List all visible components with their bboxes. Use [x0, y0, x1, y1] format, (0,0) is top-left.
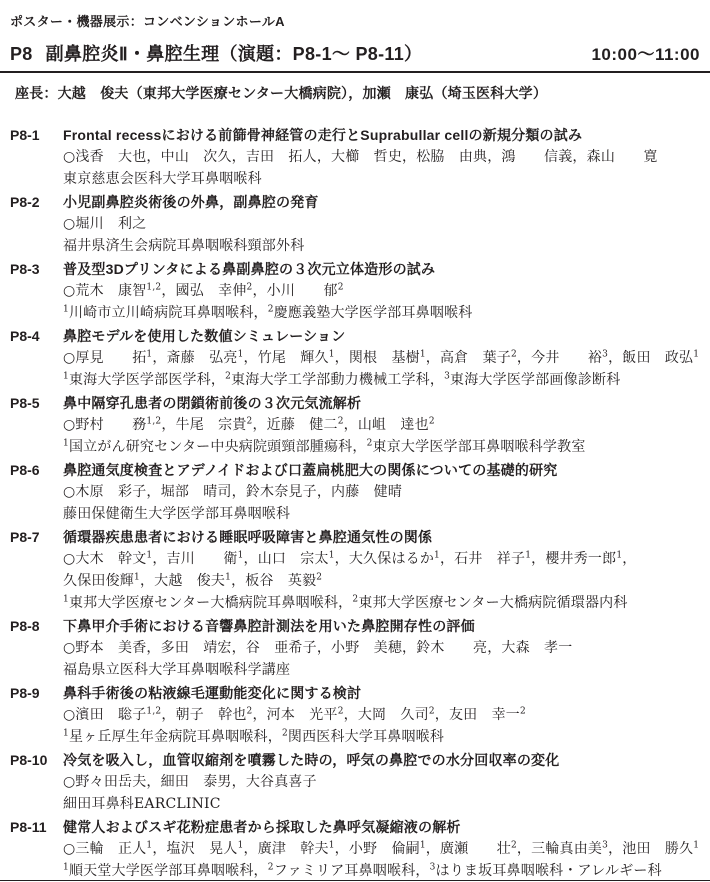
program-list: P8-1Frontal recessにおける前篩骨神経管の走行とSuprabul… [10, 124, 702, 882]
chairs-line: 座長：大越 俊夫（東邦大学医療センター大橋病院），加瀬 康弘（埼玉医科大学） [10, 83, 702, 103]
entry-code: P8-7 [10, 526, 63, 614]
entry-code: P8-9 [10, 682, 63, 748]
affiliation-superscript: 1,2 [146, 282, 161, 292]
affiliation-superscript: 1,2 [146, 416, 161, 426]
entry-authors-line: ○荒木 康智1,2，國弘 幸伸2，小川 郁2 [63, 280, 702, 302]
entry-code: P8-2 [10, 191, 63, 257]
affiliation-superscript: 3 [444, 371, 450, 381]
entry-code: P8-1 [10, 124, 63, 190]
entry-body: 下鼻甲介手術における音響鼻腔計測法を用いた鼻腔開存性の評価○野本 美香，多田 靖… [63, 615, 702, 681]
affiliation-superscript: 1 [420, 840, 426, 850]
program-entry: P8-5鼻中隔穿孔患者の閉鎖術前後の３次元気流解析○野村 務1,2，牛尾 宗貴2… [10, 392, 702, 458]
affiliation-superscript: 2 [247, 706, 253, 716]
program-entry: P8-10冷気を吸入し，血管収縮剤を噴霧した時の，呼気の鼻腔での水分回収率の変化… [10, 749, 702, 815]
affiliation-superscript: 2 [268, 304, 274, 314]
entry-code: P8-11 [10, 816, 63, 882]
affiliation-superscript: 1 [329, 550, 335, 560]
entry-affiliation: 福井県済生会病院耳鼻咽喉科頸部外科 [63, 235, 702, 257]
affiliation-superscript: 2 [247, 282, 253, 292]
entry-affiliation: 福島県立医科大学耳鼻咽喉科学講座 [63, 659, 702, 681]
affiliation-superscript: 1 [693, 349, 699, 359]
affiliation-superscript: 2 [511, 349, 517, 359]
entry-body: 小児副鼻腔炎術後の外鼻，副鼻腔の発育○堀川 利之福井県済生会病院耳鼻咽喉科頸部外… [63, 191, 702, 257]
entry-title: 健常人およびスギ花粉症患者から採取した鼻呼気凝縮液の解析 [63, 816, 702, 838]
affiliation-superscript: 1 [63, 862, 69, 872]
affiliation-superscript: 1 [146, 550, 152, 560]
affiliation-superscript: 1 [225, 572, 231, 582]
affiliation-superscript: 1 [238, 349, 244, 359]
affiliation-superscript: 1 [525, 550, 531, 560]
affiliation-superscript: 2 [268, 862, 274, 872]
entry-code: P8-8 [10, 615, 63, 681]
program-entry: P8-11健常人およびスギ花粉症患者から採取した鼻呼気凝縮液の解析○三輪 正人1… [10, 816, 702, 882]
entry-body: 鼻中隔穿孔患者の閉鎖術前後の３次元気流解析○野村 務1,2，牛尾 宗貴2，近藤 … [63, 392, 702, 458]
entry-authors-line: ○浅香 大也，中山 次久，吉田 拓人，大櫛 哲史，松脇 由典，鴻 信義，森山 寛 [63, 146, 702, 168]
entry-affiliation: 藤田保健衛生大学医学部耳鼻咽喉科 [63, 503, 702, 525]
affiliation-superscript: 2 [247, 416, 253, 426]
affiliation-superscript: 1 [63, 304, 69, 314]
affiliation-superscript: 1 [420, 349, 426, 359]
program-entry: P8-8下鼻甲介手術における音響鼻腔計測法を用いた鼻腔開存性の評価○野本 美香，… [10, 615, 702, 681]
affiliation-superscript: 2 [316, 572, 322, 582]
entry-title: 小児副鼻腔炎術後の外鼻，副鼻腔の発育 [63, 191, 702, 213]
affiliation-superscript: 1 [63, 728, 69, 738]
entry-title: 鼻腔通気度検査とアデノイドおよび口蓋扁桃肥大の関係についての基礎的研究 [63, 459, 702, 481]
affiliation-superscript: 1 [329, 840, 335, 850]
entry-title: 下鼻甲介手術における音響鼻腔計測法を用いた鼻腔開存性の評価 [63, 615, 702, 637]
affiliation-superscript: 2 [520, 706, 526, 716]
entry-title: 循環器疾患患者における睡眠呼吸障害と鼻腔通気性の関係 [63, 526, 702, 548]
entry-code: P8-6 [10, 459, 63, 525]
entry-title: 冷気を吸入し，血管収縮剤を噴霧した時の，呼気の鼻腔での水分回収率の変化 [63, 749, 702, 771]
affiliation-superscript: 1 [63, 594, 69, 604]
affiliation-superscript: 2 [338, 706, 344, 716]
session-header: P8副鼻腔炎Ⅱ・鼻腔生理（演題：P8-1～ P8-11） 10:00～11:00 [10, 40, 702, 66]
program-entry: P8-4鼻腔モデルを使用した数値シミュレーション○厚見 拓1，斎藤 弘亮1，竹尾… [10, 325, 702, 391]
entry-authors-line: ○野本 美香，多田 靖宏，谷 亜希子，小野 美穂，鈴木 亮，大森 孝一 [63, 637, 702, 659]
entry-code: P8-3 [10, 258, 63, 324]
entry-authors-line: ○厚見 拓1，斎藤 弘亮1，竹尾 輝久1，関根 基樹1，高倉 葉子2，今井 裕3… [63, 347, 702, 369]
affiliation-superscript: 3 [602, 840, 608, 850]
entry-title: 鼻腔モデルを使用した数値シミュレーション [63, 325, 702, 347]
entry-authors-line: ○木原 彩子，堀部 晴司，鈴木奈見子，内藤 健晴 [63, 481, 702, 503]
entry-title: Frontal recessにおける前篩骨神経管の走行とSuprabullar … [63, 124, 702, 146]
session-time: 10:00～11:00 [591, 40, 702, 65]
affiliation-superscript: 2 [429, 706, 435, 716]
session-title: 副鼻腔炎Ⅱ・鼻腔生理（演題：P8-1～ P8-11） [46, 44, 423, 64]
entry-authors-line: ○三輪 正人1，塩沢 晃人1，廣津 幹夫1，小野 倫嗣1，廣瀬 壮2，三輪真由美… [63, 838, 702, 860]
entry-affiliation: 1星ヶ丘厚生年金病院耳鼻咽喉科，2関西医科大学耳鼻咽喉科 [63, 726, 702, 748]
entry-body: 循環器疾患患者における睡眠呼吸障害と鼻腔通気性の関係○大木 幹文1，吉川 衛1，… [63, 526, 702, 614]
entry-affiliation: 1川崎市立川崎病院耳鼻咽喉科，2慶應義塾大学医学部耳鼻咽喉科 [63, 302, 702, 324]
entry-body: 普及型3Dプリンタによる鼻副鼻腔の３次元立体造形の試み○荒木 康智1,2，國弘 … [63, 258, 702, 324]
entry-affiliation: 1東邦大学医療センター大橋病院耳鼻咽喉科，2東邦大学医療センター大橋病院循環器内… [63, 592, 702, 614]
entry-title: 鼻中隔穿孔患者の閉鎖術前後の３次元気流解析 [63, 392, 702, 414]
affiliation-superscript: 2 [352, 594, 358, 604]
venue-label: ポスター・機器展示：コンベンションホールA [10, 11, 702, 30]
entry-body: 冷気を吸入し，血管収縮剤を噴霧した時の，呼気の鼻腔での水分回収率の変化○野々田岳… [63, 749, 702, 815]
affiliation-superscript: 1 [134, 572, 140, 582]
entry-body: 鼻科手術後の粘液線毛運動能変化に関する検討○濱田 聡子1,2，朝子 幹也2，河本… [63, 682, 702, 748]
entry-code: P8-10 [10, 749, 63, 815]
bottom-divider [0, 880, 710, 881]
entry-authors-line: ○濱田 聡子1,2，朝子 幹也2，河本 光平2，大岡 久司2，友田 幸一2 [63, 704, 702, 726]
entry-authors-line: 久保田俊輝1，大越 俊夫1，板谷 英毅2 [63, 570, 702, 592]
session-code: P8 [10, 44, 33, 64]
affiliation-superscript: 1 [329, 349, 335, 359]
entry-affiliation: 1順天堂大学医学部耳鼻咽喉科，2ファミリア耳鼻咽喉科，3はりま坂耳鼻咽喉科・アレ… [63, 860, 702, 882]
entry-body: Frontal recessにおける前篩骨神経管の走行とSuprabullar … [63, 124, 702, 190]
affiliation-superscript: 1 [434, 550, 440, 560]
program-page: ポスター・機器展示：コンベンションホールA P8副鼻腔炎Ⅱ・鼻腔生理（演題：P8… [0, 0, 710, 882]
entry-code: P8-4 [10, 325, 63, 391]
header-divider [0, 71, 710, 73]
affiliation-superscript: 1 [146, 840, 152, 850]
affiliation-superscript: 2 [367, 438, 373, 448]
affiliation-superscript: 1 [146, 349, 152, 359]
entry-affiliation: 細田耳鼻科EARCLINIC [63, 793, 702, 815]
affiliation-superscript: 1 [693, 840, 699, 850]
entry-authors-line: ○堀川 利之 [63, 213, 702, 235]
entry-authors-line: ○野村 務1,2，牛尾 宗貴2，近藤 健二2，山岨 達也2 [63, 414, 702, 436]
entry-body: 鼻腔モデルを使用した数値シミュレーション○厚見 拓1，斎藤 弘亮1，竹尾 輝久1… [63, 325, 702, 391]
affiliation-superscript: 1 [238, 840, 244, 850]
program-entry: P8-3普及型3Dプリンタによる鼻副鼻腔の３次元立体造形の試み○荒木 康智1,2… [10, 258, 702, 324]
affiliation-superscript: 2 [338, 282, 344, 292]
entry-title: 普及型3Dプリンタによる鼻副鼻腔の３次元立体造形の試み [63, 258, 702, 280]
entry-affiliation: 1国立がん研究センター中央病院頭頸部腫瘍科，2東京大学医学部耳鼻咽喉科学教室 [63, 436, 702, 458]
program-entry: P8-1Frontal recessにおける前篩骨神経管の走行とSuprabul… [10, 124, 702, 190]
affiliation-superscript: 2 [511, 840, 517, 850]
program-entry: P8-9鼻科手術後の粘液線毛運動能変化に関する検討○濱田 聡子1,2，朝子 幹也… [10, 682, 702, 748]
entry-title: 鼻科手術後の粘液線毛運動能変化に関する検討 [63, 682, 702, 704]
entry-affiliation: 東京慈恵会医科大学耳鼻咽喉科 [63, 168, 702, 190]
affiliation-superscript: 1 [63, 371, 69, 381]
entry-body: 鼻腔通気度検査とアデノイドおよび口蓋扁桃肥大の関係についての基礎的研究○木原 彩… [63, 459, 702, 525]
entry-authors-line: ○野々田岳夫，細田 泰男，大谷真喜子 [63, 771, 702, 793]
entry-code: P8-5 [10, 392, 63, 458]
affiliation-superscript: 1 [616, 550, 622, 560]
entry-body: 健常人およびスギ花粉症患者から採取した鼻呼気凝縮液の解析○三輪 正人1，塩沢 晃… [63, 816, 702, 882]
entry-authors-line: ○大木 幹文1，吉川 衛1，山口 宗太1，大久保はるか1，石井 祥子1，櫻井秀一… [63, 548, 702, 570]
session-title-group: P8副鼻腔炎Ⅱ・鼻腔生理（演題：P8-1～ P8-11） [10, 40, 422, 66]
affiliation-superscript: 2 [282, 728, 288, 738]
program-entry: P8-2小児副鼻腔炎術後の外鼻，副鼻腔の発育○堀川 利之福井県済生会病院耳鼻咽喉… [10, 191, 702, 257]
affiliation-superscript: 2 [429, 416, 435, 426]
affiliation-superscript: 3 [602, 349, 608, 359]
affiliation-superscript: 1 [63, 438, 69, 448]
affiliation-superscript: 2 [225, 371, 231, 381]
affiliation-superscript: 2 [338, 416, 344, 426]
affiliation-superscript: 3 [430, 862, 436, 872]
program-entry: P8-7循環器疾患患者における睡眠呼吸障害と鼻腔通気性の関係○大木 幹文1，吉川… [10, 526, 702, 614]
affiliation-superscript: 1 [238, 550, 244, 560]
affiliation-superscript: 1,2 [146, 706, 161, 716]
entry-affiliation: 1東海大学医学部医学科，2東海大学工学部動力機械工学科，3東海大学医学部画像診断… [63, 369, 702, 391]
program-entry: P8-6鼻腔通気度検査とアデノイドおよび口蓋扁桃肥大の関係についての基礎的研究○… [10, 459, 702, 525]
